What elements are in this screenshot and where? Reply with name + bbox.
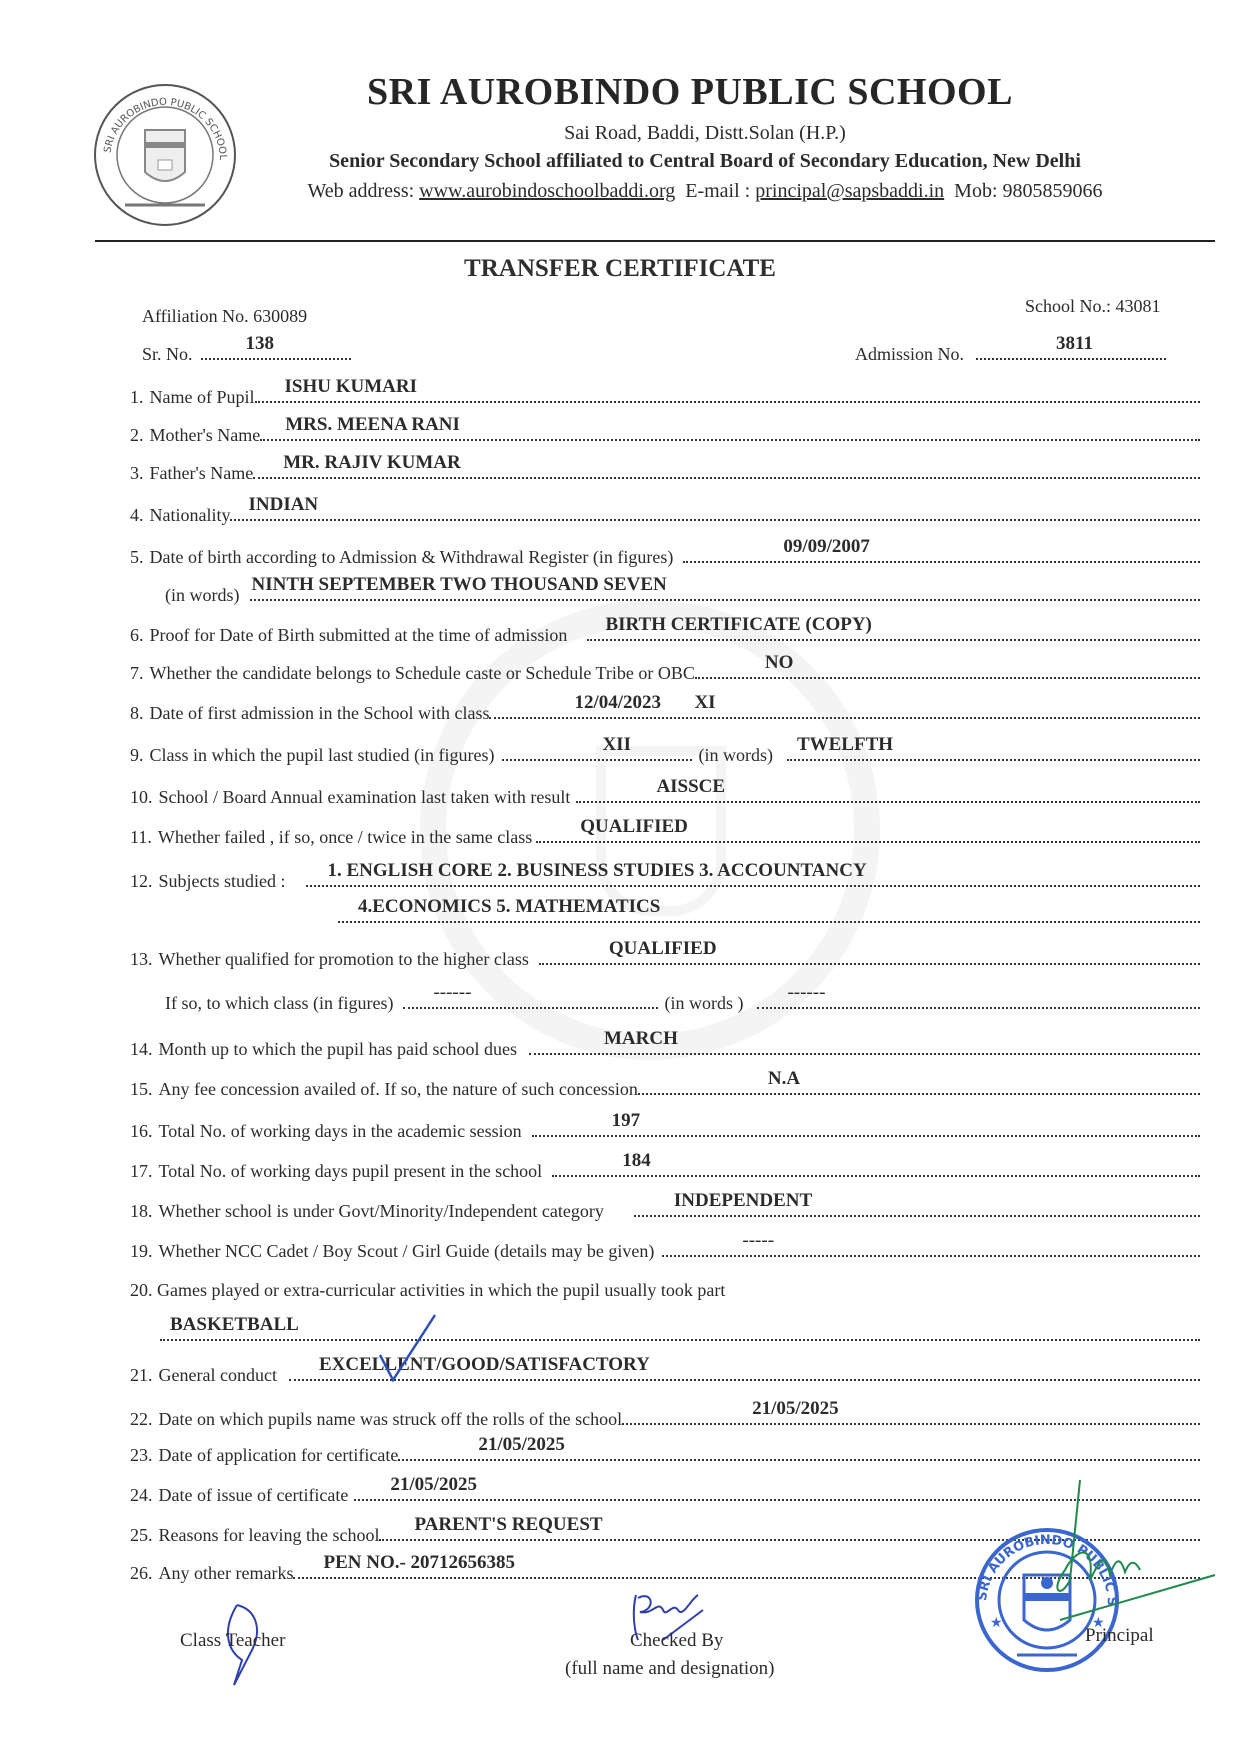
field-number: 3. (130, 463, 144, 484)
field-dob-proof: 6. Proof for Date of Birth submitted at … (130, 616, 1200, 646)
sr-no-value: 138 (246, 333, 275, 355)
field-value: 21/05/2025 (390, 1474, 477, 1496)
mobile-label: Mob: (954, 180, 997, 202)
field-label: Class in which the pupil last studied (i… (150, 745, 495, 766)
field-last-exam: 10. School / Board Annual examination la… (130, 778, 1200, 808)
field-label: Date on which pupils name was struck off… (159, 1409, 623, 1430)
serial-number: Sr. No. 138 (142, 344, 351, 365)
field-number: 22. (130, 1409, 153, 1430)
school-no-value: 43081 (1116, 296, 1161, 316)
admission-number: Admission No. 3811 (855, 344, 1166, 365)
field-value: MRS. MEENA RANI (285, 414, 460, 436)
field-number: 24. (130, 1485, 153, 1506)
header-divider (95, 240, 1215, 242)
class-teacher-label: Class Teacher (180, 1630, 285, 1652)
field-working-days: 16. Total No. of working days in the aca… (130, 1112, 1200, 1142)
field-value: EXCELLENT/GOOD/SATISFACTORY (319, 1354, 650, 1376)
web-label: Web address: (307, 180, 414, 202)
affiliation-label: Affiliation No. (142, 306, 249, 326)
field-label: Date of issue of certificate (159, 1485, 349, 1506)
field-number: 16. (130, 1121, 153, 1142)
field-value: NO (765, 652, 794, 674)
field-value: 197 (612, 1110, 641, 1132)
field-number: 26. (130, 1563, 153, 1584)
affiliation-value: 630089 (253, 306, 307, 326)
field-label: Subjects studied : (159, 871, 286, 892)
field-dues-paid: 14. Month up to which the pupil has paid… (130, 1030, 1200, 1060)
field-subjects: 12. Subjects studied : 1. ENGLISH CORE 2… (130, 862, 1200, 892)
field-caste-category: 7. Whether the candidate belongs to Sche… (130, 654, 1200, 684)
school-no-label: School No.: (1025, 296, 1111, 316)
document-title: TRANSFER CERTIFICATE (0, 255, 1240, 283)
field-application-date: 23. Date of application for certificate … (130, 1436, 1200, 1466)
field-label: Any other remarks (159, 1563, 294, 1584)
field-label: Any fee concession availed of. If so, th… (159, 1079, 638, 1100)
school-number: School No.: 43081 (1025, 296, 1161, 317)
field-subvalue2: ------ (787, 982, 825, 1004)
principal-signature-icon (1040, 1480, 1220, 1630)
field-value: XII (602, 734, 631, 756)
field-label: Mother's Name (150, 425, 261, 446)
affiliation-number: Affiliation No. 630089 (142, 306, 307, 327)
field-number: 14. (130, 1039, 153, 1060)
field-promotion: 13. Whether qualified for promotion to t… (130, 940, 1200, 970)
field-date-of-birth: 5. Date of birth according to Admission … (130, 538, 1200, 568)
affiliation-line: Senior Secondary School affiliated to Ce… (0, 150, 1240, 173)
field-value: 12/04/2023 (574, 692, 661, 714)
field-last-class: 9. Class in which the pupil last studied… (130, 736, 1200, 766)
principal-label: Principal (1085, 1625, 1154, 1647)
field-subvalue: ------ (433, 982, 471, 1004)
field-games: BASKETBALL (160, 1316, 1200, 1346)
field-number: 18. (130, 1201, 153, 1222)
field-label: Total No. of working days pupil present … (159, 1161, 543, 1182)
field-value: 21/05/2025 (478, 1434, 565, 1456)
field-first-admission: 8. Date of first admission in the School… (130, 694, 1200, 724)
field-label: Whether the candidate belongs to Schedul… (150, 663, 695, 684)
field-value: 21/05/2025 (752, 1398, 839, 1420)
field-mothers-name: 2. Mother's Name MRS. MEENA RANI (130, 416, 1200, 446)
field-submidlabel: (in words ) (664, 993, 743, 1014)
field-value: MR. RAJIV KUMAR (283, 452, 461, 474)
field-label: Nationality (150, 505, 231, 526)
field-nationality: 4. Nationality INDIAN (130, 496, 1200, 526)
field-number: 2. (130, 425, 144, 446)
field-games-label: 20. Games played or extra-curricular act… (130, 1280, 725, 1301)
field-number: 6. (130, 625, 144, 646)
field-number: 4. (130, 505, 144, 526)
field-number: 1. (130, 387, 144, 408)
field-value: PEN NO.- 20712656385 (323, 1552, 515, 1574)
field-number: 21. (130, 1365, 153, 1386)
field-value: INDEPENDENT (674, 1190, 812, 1212)
field-label: Whether failed , if so, once / twice in … (158, 827, 532, 848)
field-sublabel: (in words) (165, 585, 240, 606)
field-label: School / Board Annual examination last t… (159, 787, 571, 808)
tick-mark-icon (375, 1310, 445, 1390)
field-value: 09/09/2007 (783, 536, 870, 558)
website-link[interactable]: www.aurobindoschoolbaddi.org (419, 180, 675, 202)
field-ncc-scout: 19. Whether NCC Cadet / Boy Scout / Girl… (130, 1232, 1200, 1262)
field-number: 25. (130, 1525, 153, 1546)
field-label: Proof for Date of Birth submitted at the… (150, 625, 568, 646)
field-failed-status: 11. Whether failed , if so, once / twice… (130, 818, 1200, 848)
sr-no-label: Sr. No. (142, 344, 193, 365)
field-value: BIRTH CERTIFICATE (COPY) (605, 614, 871, 636)
svg-text:★: ★ (990, 1616, 1003, 1631)
field-value: 1. ENGLISH CORE 2. BUSINESS STUDIES 3. A… (328, 860, 867, 882)
field-school-category: 18. Whether school is under Govt/Minorit… (130, 1192, 1200, 1222)
field-value: ISHU KUMARI (285, 376, 417, 398)
field-label: Name of Pupil (150, 387, 255, 408)
field-value: MARCH (604, 1028, 678, 1050)
field-label: Date of first admission in the School wi… (150, 703, 490, 724)
field-value-class: XI (694, 692, 715, 714)
field-number: 12. (130, 871, 153, 892)
field-name-of-pupil: 1. Name of Pupil ISHU KUMARI (130, 378, 1200, 408)
field-subvalue: NINTH SEPTEMBER TWO THOUSAND SEVEN (252, 574, 667, 596)
field-subjects-line2: 4.ECONOMICS 5. MATHEMATICS (338, 898, 1200, 928)
field-fathers-name: 3. Father's Name MR. RAJIV KUMAR (130, 454, 1200, 484)
field-label: Date of application for certificate (159, 1445, 399, 1466)
field-label: Games played or extra-curricular activit… (157, 1280, 725, 1300)
field-number: 13. (130, 949, 153, 970)
field-value: AISSCE (656, 776, 725, 798)
field-value: N.A (768, 1068, 800, 1090)
field-promotion-class: If so, to which class (in figures) -----… (165, 984, 1200, 1014)
field-label: Total No. of working days in the academi… (159, 1121, 522, 1142)
field-number: 23. (130, 1445, 153, 1466)
field-dob-in-words: (in words) NINTH SEPTEMBER TWO THOUSAND … (165, 576, 1200, 606)
field-label: Whether qualified for promotion to the h… (159, 949, 529, 970)
field-sublabel: If so, to which class (in figures) (165, 993, 393, 1014)
admission-no-label: Admission No. (855, 344, 964, 365)
school-name: SRI AUROBINDO PUBLIC SCHOOL (0, 70, 1240, 114)
field-days-present: 17. Total No. of working days pupil pres… (130, 1152, 1200, 1182)
contact-line: Web address: www.aurobindoschoolbaddi.or… (0, 180, 1240, 203)
field-number: 8. (130, 703, 144, 724)
field-label: Father's Name (150, 463, 254, 484)
field-number: 7. (130, 663, 144, 684)
field-label: Month up to which the pupil has paid sch… (159, 1039, 517, 1060)
email-label: E-mail : (685, 180, 750, 202)
field-label: Date of birth according to Admission & W… (150, 547, 674, 568)
school-address: Sai Road, Baddi, Distt.Solan (H.P.) (0, 122, 1240, 145)
field-value: INDIAN (248, 494, 318, 516)
email-link[interactable]: principal@sapsbaddi.in (755, 180, 944, 202)
field-value: QUALIFIED (580, 816, 688, 838)
field-number: 17. (130, 1161, 153, 1182)
field-midlabel: (in words) (698, 745, 773, 766)
field-label: General conduct (159, 1365, 277, 1386)
field-label: Whether school is under Govt/Minority/In… (159, 1201, 604, 1222)
admission-no-value: 3811 (1056, 333, 1093, 355)
field-value-line2: 4.ECONOMICS 5. MATHEMATICS (358, 896, 660, 918)
field-number: 15. (130, 1079, 153, 1100)
field-value: BASKETBALL (170, 1314, 299, 1336)
checked-by-note: (full name and designation) (565, 1658, 774, 1680)
field-value: PARENT'S REQUEST (414, 1514, 602, 1536)
field-value: 184 (622, 1150, 651, 1172)
checked-by-label: Checked By (630, 1630, 723, 1652)
field-number: 11. (130, 827, 152, 848)
field-number: 20. (130, 1280, 153, 1300)
field-struck-off-date: 22. Date on which pupils name was struck… (130, 1400, 1200, 1430)
field-fee-concession: 15. Any fee concession availed of. If so… (130, 1070, 1200, 1100)
field-number: 5. (130, 547, 144, 568)
field-general-conduct: 21. General conduct EXCELLENT/GOOD/SATIS… (130, 1356, 1200, 1386)
field-number: 9. (130, 745, 144, 766)
field-value: QUALIFIED (609, 938, 717, 960)
field-label: Reasons for leaving the school (159, 1525, 380, 1546)
field-label: Whether NCC Cadet / Boy Scout / Girl Gui… (159, 1241, 655, 1262)
field-value-words: TWELFTH (797, 734, 893, 756)
field-number: 19. (130, 1241, 153, 1262)
transfer-certificate-page: SRI AUROBINDO PUBLIC SCHOOL SRI AUROBIND… (0, 0, 1240, 1754)
mobile-number: 9805859066 (1003, 180, 1103, 202)
field-number: 10. (130, 787, 153, 808)
field-value: ----- (742, 1230, 774, 1252)
